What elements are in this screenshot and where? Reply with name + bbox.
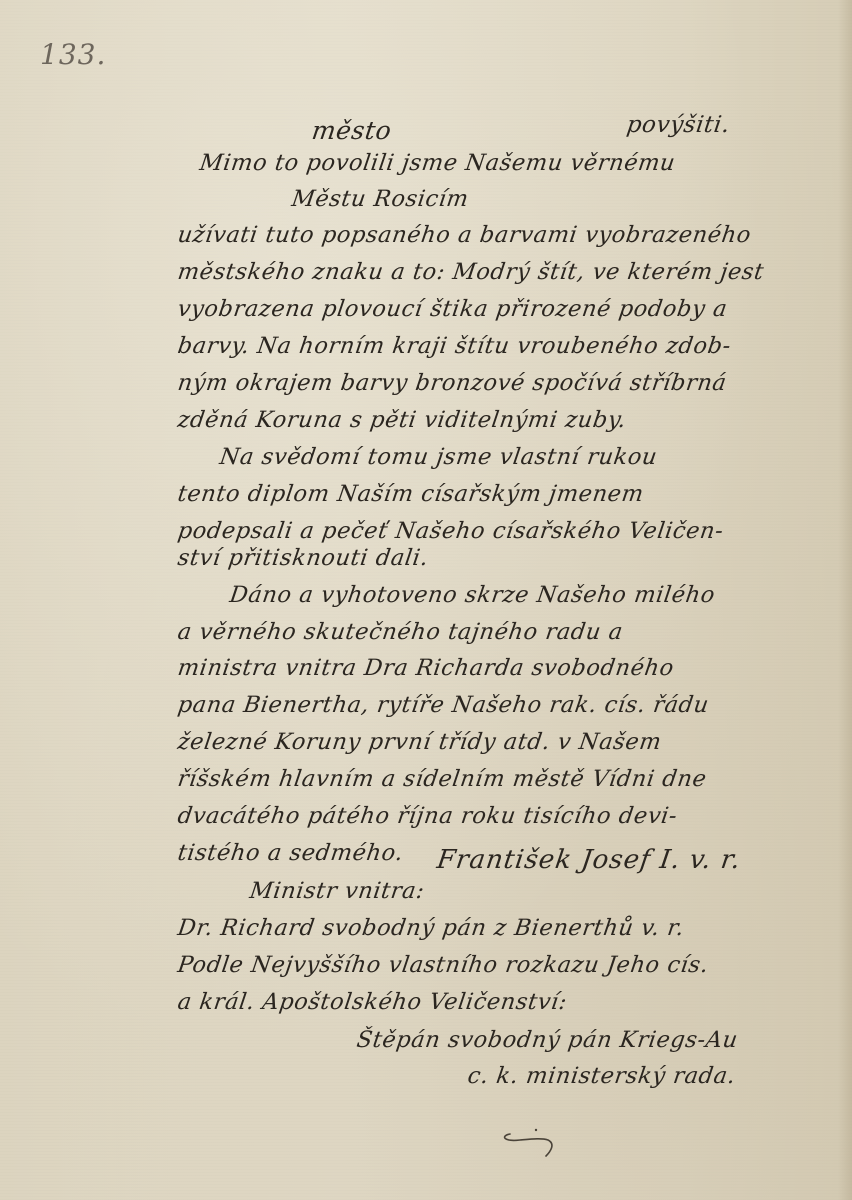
- text-line-17: železné Koruny první třídy atd. v Našem: [176, 729, 663, 755]
- header-left-word: město: [310, 116, 394, 145]
- emperor-signature: František Josef I. v. r.: [435, 845, 743, 875]
- minister-label: Ministr vnitra:: [248, 878, 426, 904]
- text-line-15: ministra vnitra Dra Richarda svobodného: [176, 655, 676, 681]
- by-order-line-1: Podle Nejvyššího vlastního rozkazu Jeho …: [176, 952, 710, 978]
- text-line-9: Na svědomí tomu jsme vlastní rukou: [218, 444, 659, 470]
- text-line-11: podepsali a pečeť Našeho císařského Veli…: [176, 518, 725, 544]
- folio-number: 133.: [40, 38, 106, 71]
- closing-flourish-icon: [498, 1122, 568, 1162]
- text-line-8: zděná Koruna s pěti viditelnými zuby.: [176, 407, 628, 433]
- secretary-signature: Štěpán svobodný pán Kriegs-Au: [355, 1027, 740, 1053]
- text-line-16: pana Bienertha, rytíře Našeho rak. cís. …: [176, 692, 711, 718]
- secretary-title: c. k. ministerský rada.: [466, 1063, 737, 1089]
- text-line-2: Městu Rosicím: [290, 186, 470, 212]
- by-order-line-2: a král. Apoštolského Veličenství:: [176, 989, 569, 1015]
- text-line-10: tento diplom Naším císařským jmenem: [176, 481, 645, 507]
- document-page: 133. město povýšiti. Mimo to povolili js…: [0, 0, 852, 1200]
- text-line-4: městského znaku a to: Modrý štít, ve kte…: [176, 259, 766, 285]
- text-line-13: Dáno a vyhotoveno skrze Našeho milého: [228, 582, 717, 608]
- text-line-18: říšském hlavním a sídelním městě Vídni d…: [176, 766, 708, 792]
- text-line-20: tistého a sedmého.: [176, 840, 405, 866]
- text-line-5: vyobrazena plovoucí štika přirozené podo…: [176, 296, 729, 322]
- text-line-12: ství přitisknouti dali.: [176, 545, 430, 571]
- text-line-3: užívati tuto popsaného a barvami vyobraz…: [176, 222, 753, 248]
- text-line-19: dvacátého pátého října roku tisícího dev…: [176, 803, 679, 829]
- page-edge-shadow: [838, 0, 852, 1200]
- text-line-6: barvy. Na horním kraji štítu vroubeného …: [176, 333, 733, 359]
- text-line-14: a věrného skutečného tajného radu a: [176, 619, 625, 645]
- text-line-7: ným okrajem barvy bronzové spočívá stříb…: [176, 370, 728, 396]
- header-right-word: povýšiti.: [625, 112, 732, 138]
- text-line-1: Mimo to povolili jsme Našemu věrnému: [198, 150, 677, 176]
- minister-signature: Dr. Richard svobodný pán z Bienerthů v. …: [176, 915, 686, 941]
